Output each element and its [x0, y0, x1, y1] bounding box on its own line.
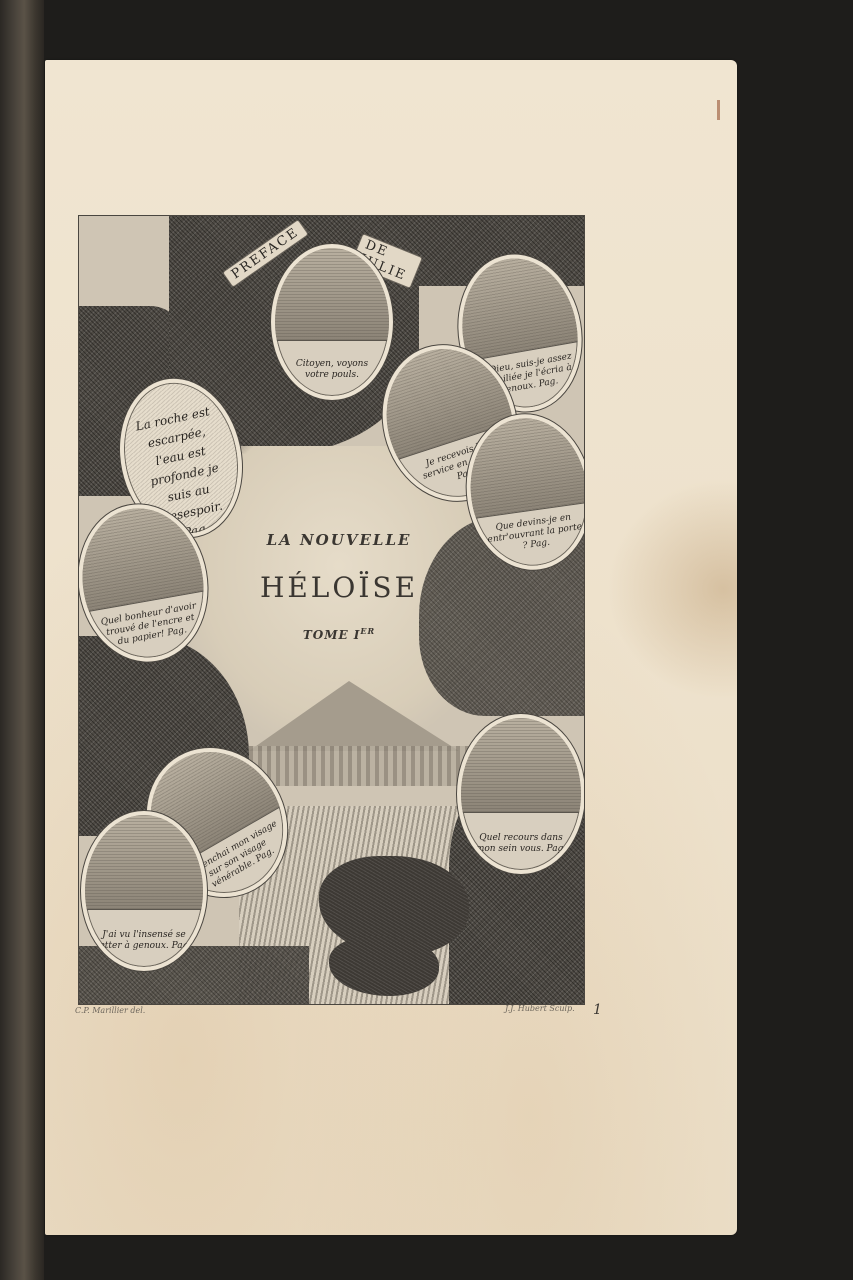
medallion-caption: Citoyen, voyons votre pouls. — [284, 359, 380, 381]
paper-stain — [717, 100, 720, 120]
scene-writing — [78, 499, 205, 612]
scene-doctor — [275, 248, 389, 341]
book-page: PREFACE DE JULIE LA NOUVELLE HÉLOÏSE TOM… — [45, 60, 737, 1235]
mountain — [249, 681, 459, 751]
medallion-caption: J'ai vu l'insensé se jetter à genoux. Pa… — [94, 930, 193, 952]
frontispiece-engraving: PREFACE DE JULIE LA NOUVELLE HÉLOÏSE TOM… — [78, 215, 585, 1005]
medallion-caption: Quel recours dans mon sein vous. Pag. — [471, 833, 572, 855]
title-block: LA NOUVELLE HÉLOÏSE TOME IER — [219, 531, 459, 642]
scene-staircase — [85, 815, 203, 910]
medallion-caption: Que devins-je en entr'ouvrant la porte ?… — [484, 511, 585, 557]
book-spine — [0, 0, 44, 1280]
medallion-caption: Quel bonheur d'avoir trouvé de l'encre e… — [98, 601, 203, 651]
medallion-jai-vu: J'ai vu l'insensé se jetter à genoux. Pa… — [81, 811, 207, 971]
credit-draughtsman: C.P. Marillier del. — [75, 1006, 145, 1015]
title-line-2: HÉLOÏSE — [219, 571, 459, 604]
title-line-3: TOME IER — [219, 626, 459, 642]
scene-bedroom — [461, 718, 581, 813]
scene-doorway — [461, 411, 585, 519]
medallion-quel-recours: Quel recours dans mon sein vous. Pag. — [457, 714, 585, 874]
page-number: 1 — [593, 1002, 602, 1018]
credit-engraver: J.J. Hubert Sculp. — [505, 1004, 575, 1013]
title-line-1: LA NOUVELLE — [219, 531, 459, 549]
